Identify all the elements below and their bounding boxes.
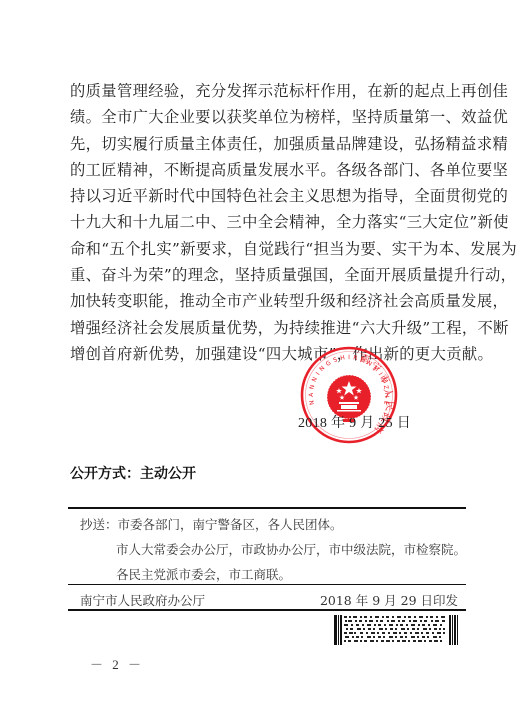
barcode-icon — [334, 615, 461, 645]
disclosure-method: 公开方式：主动公开 — [70, 463, 196, 483]
divider-bottom — [68, 609, 466, 611]
divider-middle — [68, 584, 466, 585]
document-page: 的质量管理经验，充分发挥示范标杆作用，在新的起点上再创佳 绩。全市广大企业要以获… — [0, 0, 516, 722]
body-line: 加快转变职能，推动全市产业转型升级和经济社会高质量发展， — [70, 288, 465, 314]
body-line: 十九大和十九届二中、三中全会精神，全力落实“三大定位”新使 — [70, 209, 465, 235]
cc-label: 抄送： — [80, 517, 118, 532]
issuing-office: 南宁市人民政府办公厅 — [80, 591, 205, 609]
body-line: 的工匠精神，不断提高质量发展水平。各级各部门、各单位要坚 — [70, 157, 465, 183]
body-line: 先，切实履行质量主体责任，加强质量品牌建设，弘扬精益求精 — [70, 131, 465, 157]
body-line: 增创首府新优势，加强建设“四大城市”，作出新的更大贡献。 — [70, 341, 465, 367]
cc-line-3: 各民主党派市委会，市工商联。 — [116, 565, 291, 583]
body-line: 增强经济社会发展质量优势，为持续推进“六大升级”工程，不断 — [70, 315, 465, 341]
body-line: 命和“五个扎实”新要求，自觉践行“担当为要、实干为本、发展为 — [70, 236, 465, 262]
body-line: 持以习近平新时代中国特色社会主义思想为指导，全面贯彻党的 — [70, 183, 465, 209]
svg-text:民: 民 — [383, 401, 395, 411]
body-line: 重、奋斗为荣”的理念，坚持质量强国，全面开展质量提升行动， — [70, 262, 465, 288]
issue-date: 2018 年 9 月 29 日印发 — [320, 591, 458, 609]
cc-line-2: 市人大常委会办公厅，市政协办公厅，市中级法院，市检察院。 — [116, 540, 466, 558]
body-line: 绩。全市广大企业要以获奖单位为榜样，坚持质量第一、效益优 — [70, 104, 465, 130]
body-paragraph: 的质量管理经验，充分发挥示范标杆作用，在新的起点上再创佳 绩。全市广大企业要以获… — [70, 78, 465, 367]
svg-text:人: 人 — [381, 386, 396, 399]
signature-date: 2018 年 9 月 25 日 — [298, 412, 411, 432]
body-line: 的质量管理经验，充分发挥示范标杆作用，在新的起点上再创佳 — [70, 78, 465, 104]
page-number: － 2 － — [90, 654, 144, 673]
divider-top — [68, 507, 466, 509]
cc-line-1: 抄送：市委各部门，南宁警备区，各人民团体。 — [80, 515, 343, 533]
cc-recipients: 市委各部门，南宁警备区，各人民团体。 — [118, 517, 343, 532]
